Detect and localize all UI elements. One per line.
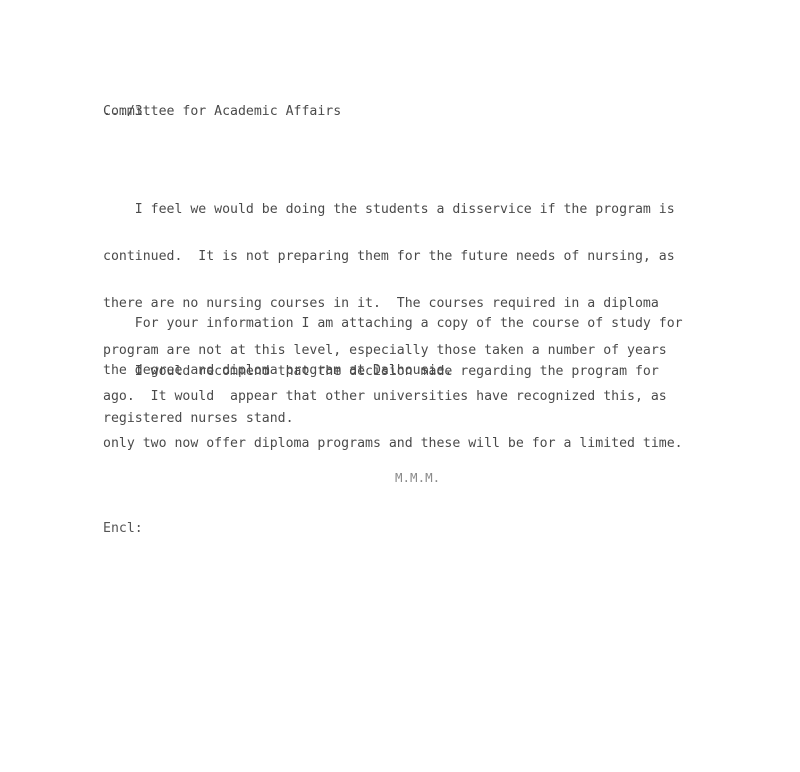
enclosure-label: Encl: <box>103 521 143 536</box>
document-page: Committee for Academic Affairs .../3 I f… <box>0 0 800 772</box>
page-number-marker: .../3 <box>103 104 143 120</box>
text-line: For your information I am attaching a co… <box>103 316 683 332</box>
text-line: I feel we would be doing the students a … <box>103 202 683 218</box>
text-line: I would recommend that the decision made… <box>103 364 659 380</box>
signature-initials: M.M.M. <box>395 470 440 485</box>
text-line: registered nurses stand. <box>103 411 659 427</box>
paragraph-recommendation: I would recommend that the decision made… <box>103 333 659 458</box>
text-line: continued. It is not preparing them for … <box>103 249 683 265</box>
